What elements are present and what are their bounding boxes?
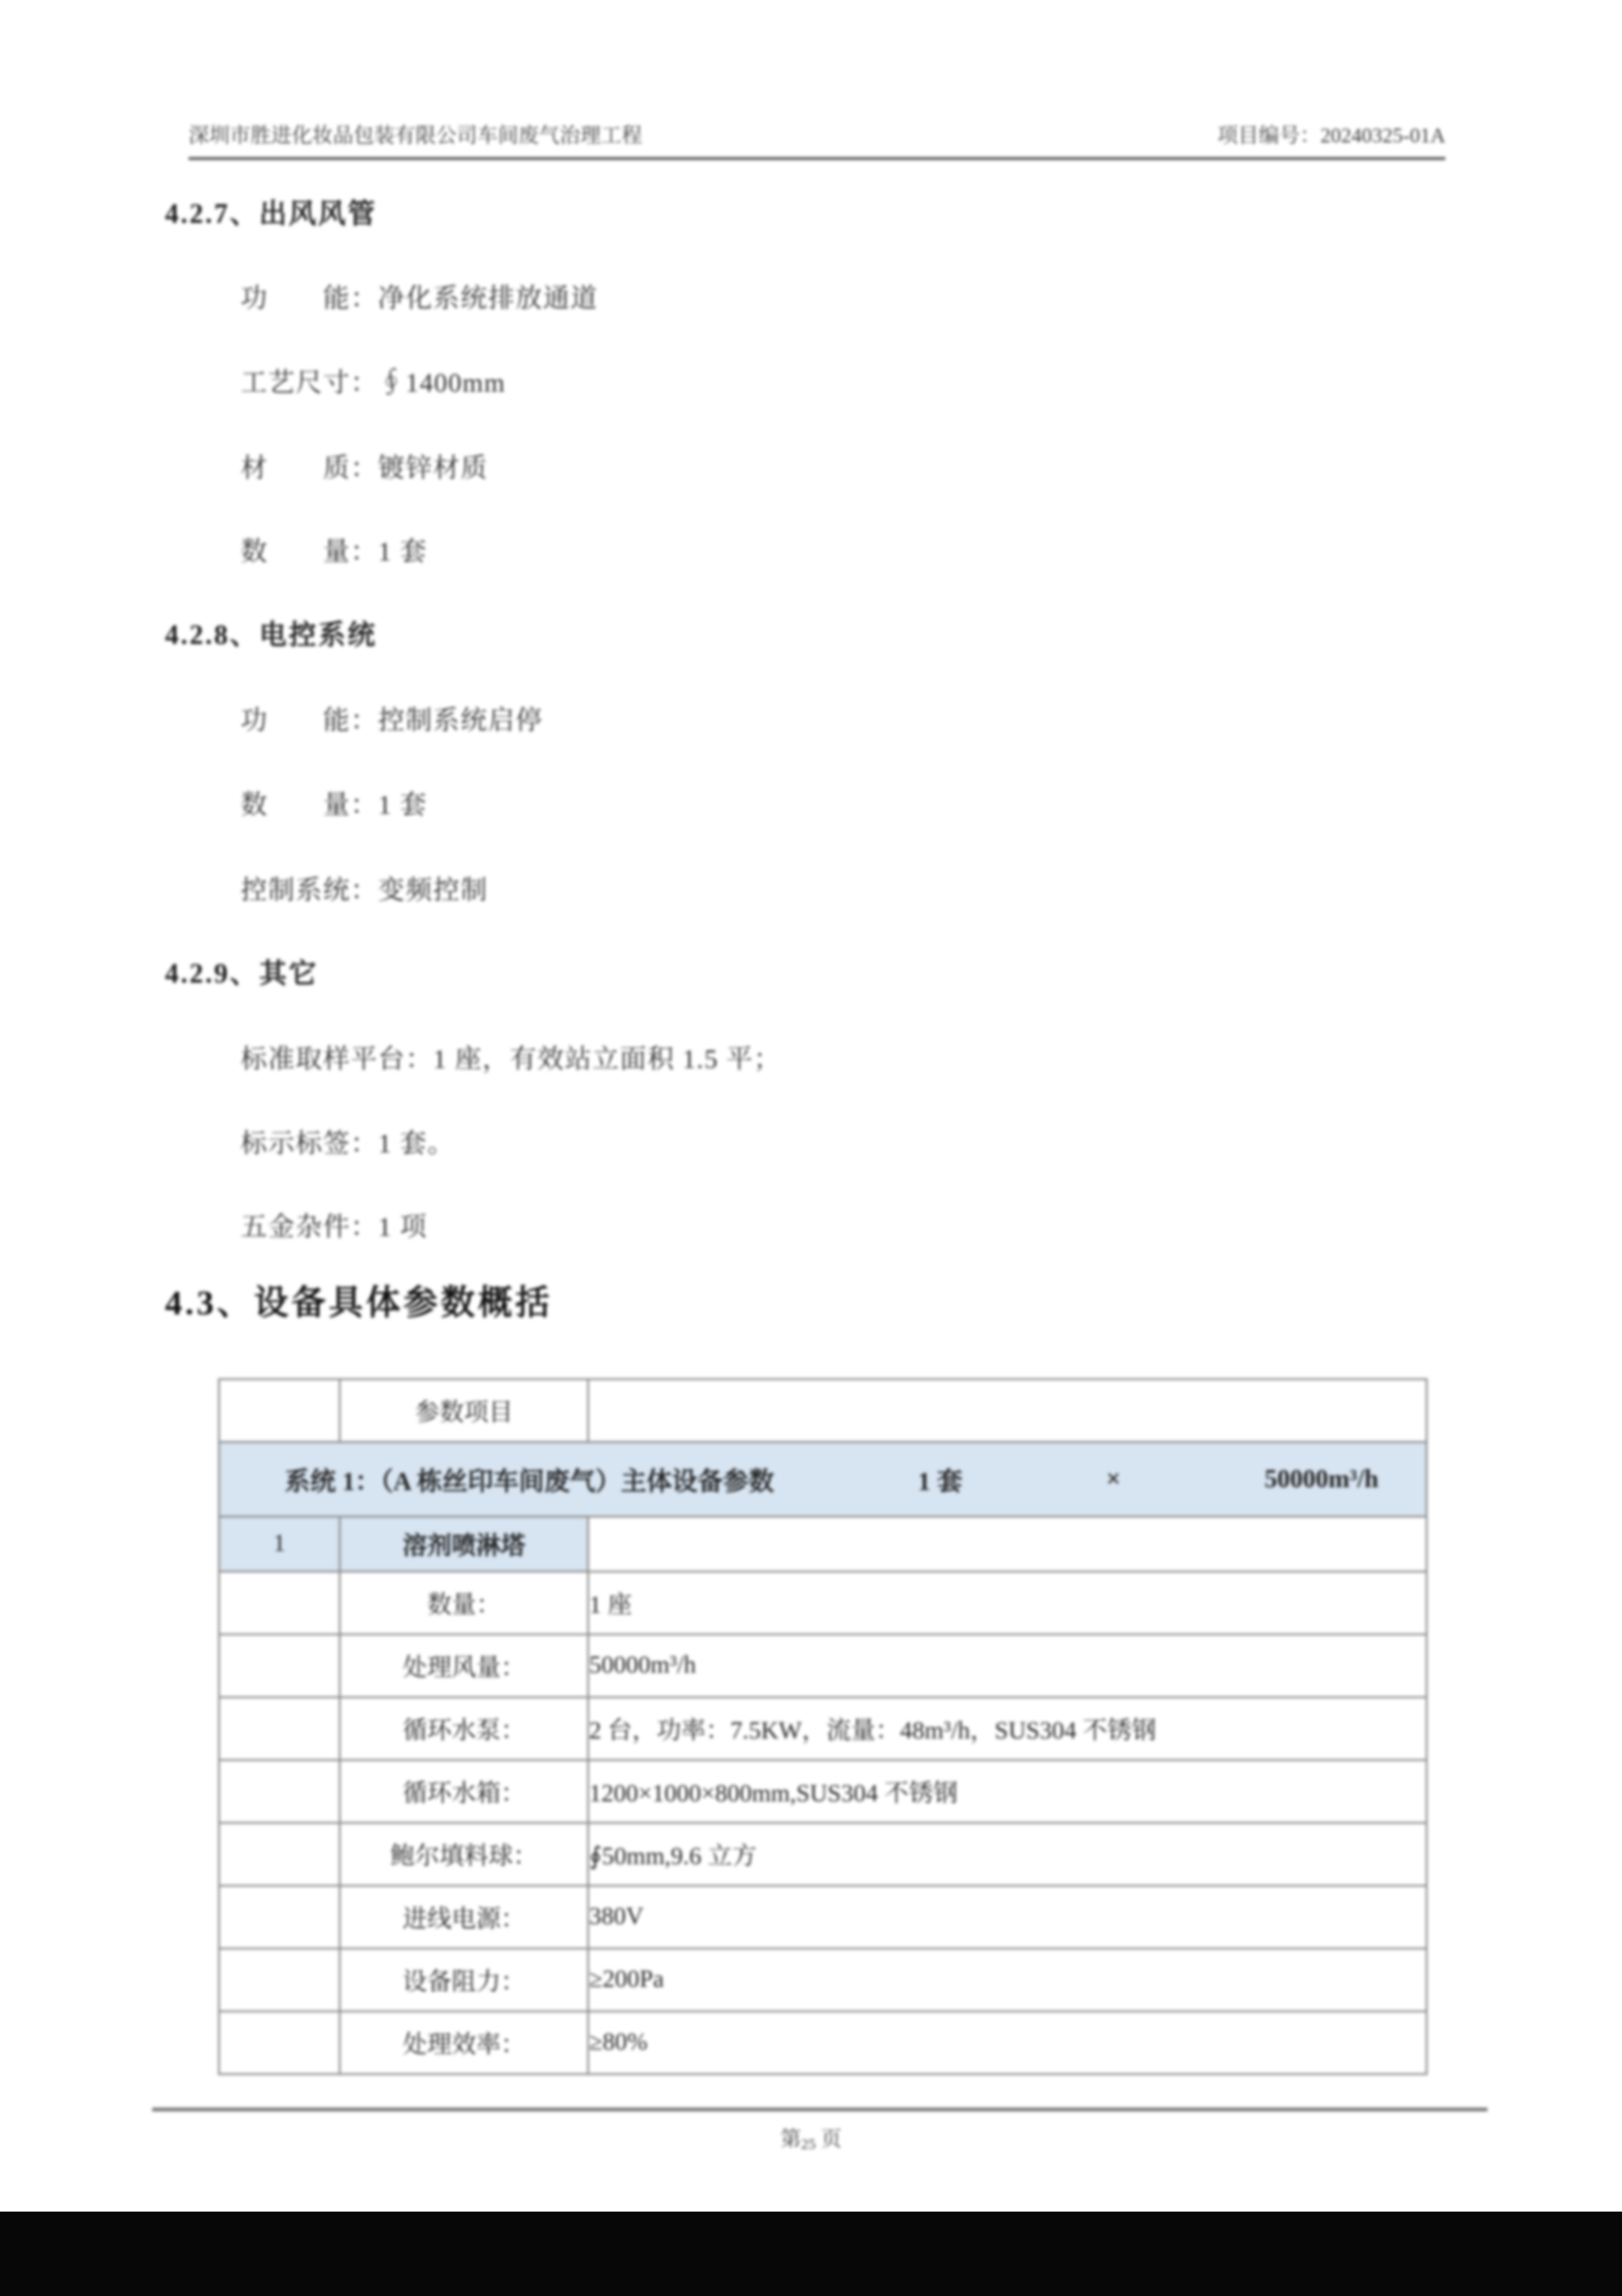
param-value: ∮50mm,9.6 立方 bbox=[588, 1823, 1427, 1886]
scan-edge-black-band bbox=[0, 2212, 1622, 2296]
page-number-value: 25 bbox=[801, 2137, 816, 2153]
spec-line-hardware: 五金杂件：1 项 bbox=[241, 1205, 427, 1244]
scanned-document-content: 深圳市胜进化妆品包装有限公司车间废气治理工程 项目编号：20240325-01A… bbox=[0, 0, 1622, 2296]
section-heading-4-3: 4.3、设备具体参数概括 bbox=[165, 1276, 553, 1325]
param-value: 1 座 bbox=[588, 1572, 1427, 1634]
table-row: 循环水泵： 2 台，功率：7.5KW，流量：48m³/h，SUS304 不锈钢 bbox=[219, 1697, 1427, 1760]
equipment-parameters-table: 参数项目 系统 1：（A 栋丝印车间废气）主体设备参数 1 套 × 50000m… bbox=[218, 1378, 1428, 2075]
system-qty: 1 套 bbox=[918, 1462, 963, 1498]
param-label: 循环水泵： bbox=[340, 1697, 588, 1760]
page-number-suffix: 页 bbox=[816, 2127, 841, 2151]
document-page: 深圳市胜进化妆品包装有限公司车间废气治理工程 项目编号：20240325-01A… bbox=[0, 0, 1622, 2296]
param-value: 2 台，功率：7.5KW，流量：48m³/h，SUS304 不锈钢 bbox=[588, 1697, 1427, 1760]
system-summary-cell: 系统 1：（A 栋丝印车间废气）主体设备参数 1 套 × 50000m³/h bbox=[219, 1442, 1427, 1517]
page-header: 深圳市胜进化妆品包装有限公司车间废气治理工程 项目编号：20240325-01A bbox=[189, 120, 1445, 160]
equipment-name-row: 1 溶剂喷淋塔 bbox=[219, 1517, 1427, 1572]
param-label: 循环水箱： bbox=[340, 1760, 588, 1823]
param-value: 50000m³/h bbox=[588, 1634, 1427, 1697]
spec-line-function: 功 能：净化系统排放通道 bbox=[241, 277, 598, 315]
header-project-title: 深圳市胜进化妆品包装有限公司车间废气治理工程 bbox=[189, 120, 642, 149]
system-summary-row: 系统 1：（A 栋丝印车间废气）主体设备参数 1 套 × 50000m³/h bbox=[219, 1442, 1427, 1517]
param-value: 1200×1000×800mm,SUS304 不锈钢 bbox=[588, 1760, 1427, 1823]
system-label: 系统 1：（A 栋丝印车间废气）主体设备参数 bbox=[285, 1462, 774, 1498]
spec-line-labels: 标示标签：1 套。 bbox=[241, 1122, 455, 1160]
param-value: ≥200Pa bbox=[588, 1949, 1427, 2011]
table-row: 处理效率： ≥80% bbox=[219, 2011, 1427, 2074]
header-value-cell bbox=[588, 1379, 1427, 1442]
header-param-item-cell: 参数项目 bbox=[340, 1379, 588, 1442]
table-row: 鲍尔填料球： ∮50mm,9.6 立方 bbox=[219, 1823, 1427, 1886]
spec-line-quantity: 数 量：1 套 bbox=[241, 530, 427, 568]
param-label: 处理风量： bbox=[340, 1634, 588, 1697]
section-heading-4-2-8: 4.2.8、电控系统 bbox=[165, 614, 377, 653]
section-heading-4-2-7: 4.2.7、出风风管 bbox=[165, 192, 377, 232]
table-row: 进线电源： 380V bbox=[219, 1886, 1427, 1949]
spec-line-platform: 标准取样平台：1 座，有效站立面积 1.5 平； bbox=[241, 1038, 782, 1076]
table-header-row: 参数项目 bbox=[219, 1379, 1427, 1442]
spec-line-function-2: 功 能：控制系统启停 bbox=[241, 699, 543, 737]
param-value: ≥80% bbox=[588, 2011, 1427, 2074]
table-row: 循环水箱： 1200×1000×800mm,SUS304 不锈钢 bbox=[219, 1760, 1427, 1823]
table-row: 设备阻力： ≥200Pa bbox=[219, 1949, 1427, 2011]
section-heading-4-2-9: 4.2.9、其它 bbox=[165, 952, 318, 991]
spec-line-control: 控制系统：变频控制 bbox=[241, 869, 488, 907]
table-row: 处理风量： 50000m³/h bbox=[219, 1634, 1427, 1697]
equipment-name-cell: 溶剂喷淋塔 bbox=[340, 1517, 588, 1572]
param-label: 设备阻力： bbox=[340, 1949, 588, 2011]
header-project-number: 项目编号：20240325-01A bbox=[1217, 120, 1445, 149]
equipment-number-cell: 1 bbox=[219, 1517, 340, 1572]
page-number-prefix: 第 bbox=[781, 2127, 801, 2151]
equipment-name-value-cell bbox=[588, 1517, 1427, 1572]
param-label: 数量： bbox=[340, 1572, 588, 1634]
system-flow: 50000m³/h bbox=[1265, 1465, 1379, 1494]
page-number: 第25 页 bbox=[0, 2123, 1622, 2153]
param-label: 鲍尔填料球： bbox=[340, 1823, 588, 1886]
header-empty-cell bbox=[219, 1379, 340, 1442]
param-value: 380V bbox=[588, 1886, 1427, 1949]
param-label: 进线电源： bbox=[340, 1886, 588, 1949]
footer-rule bbox=[152, 2108, 1487, 2111]
table-row: 数量： 1 座 bbox=[219, 1572, 1427, 1634]
spec-line-quantity-2: 数 量：1 套 bbox=[241, 783, 427, 822]
spec-line-dimension: 工艺尺寸：∮1400mm bbox=[241, 361, 506, 400]
param-label: 处理效率： bbox=[340, 2011, 588, 2074]
spec-line-material: 材 质：镀锌材质 bbox=[241, 447, 488, 485]
multiply-sign: × bbox=[1107, 1465, 1121, 1494]
